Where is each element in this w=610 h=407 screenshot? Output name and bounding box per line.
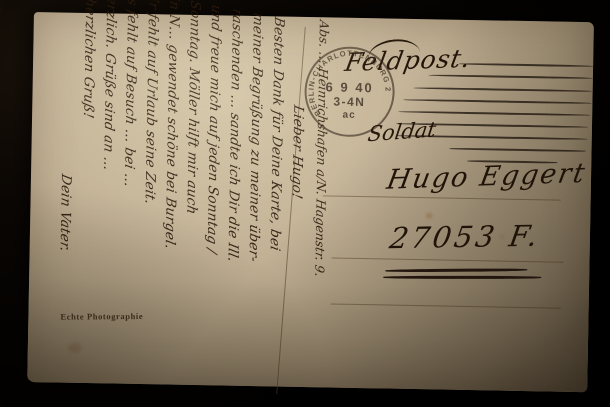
- cancellation-line: [403, 99, 591, 104]
- paper-stain: [68, 343, 82, 353]
- cancellation-line: [450, 148, 586, 152]
- postcard: BERLIN-CHARLOTTENBURG 2 6 9 40 3-4N ac F…: [27, 12, 594, 392]
- imprint-text: Echte Photographie: [60, 311, 143, 322]
- cancellation-line: [414, 87, 592, 92]
- address-rule-line: [331, 303, 561, 308]
- photograph: BERLIN-CHARLOTTENBURG 2 6 9 40 3-4N ac F…: [0, 0, 610, 407]
- postmark-time: 3-4N: [301, 94, 397, 110]
- handwritten-underline: [385, 268, 527, 272]
- postmark-machine-code: ac: [301, 109, 397, 122]
- handwritten-message: Lieber Hugo! Besten Dank für Deine Karte…: [52, 0, 310, 379]
- handwritten-underline: [383, 276, 541, 279]
- address-rule-line: [323, 195, 561, 200]
- address-rank: Soldat: [366, 117, 437, 146]
- cancellation-line: [429, 74, 593, 79]
- paper-stain: [426, 213, 432, 218]
- cancellation-line: [459, 63, 593, 67]
- address-rule-line: [332, 257, 564, 262]
- address-name: Hugo Eggert: [384, 158, 588, 196]
- cancellation-line: [398, 111, 590, 117]
- postmark-date: 6 9 40: [302, 79, 398, 96]
- address-feldpost-number: 27053 F.: [387, 219, 543, 256]
